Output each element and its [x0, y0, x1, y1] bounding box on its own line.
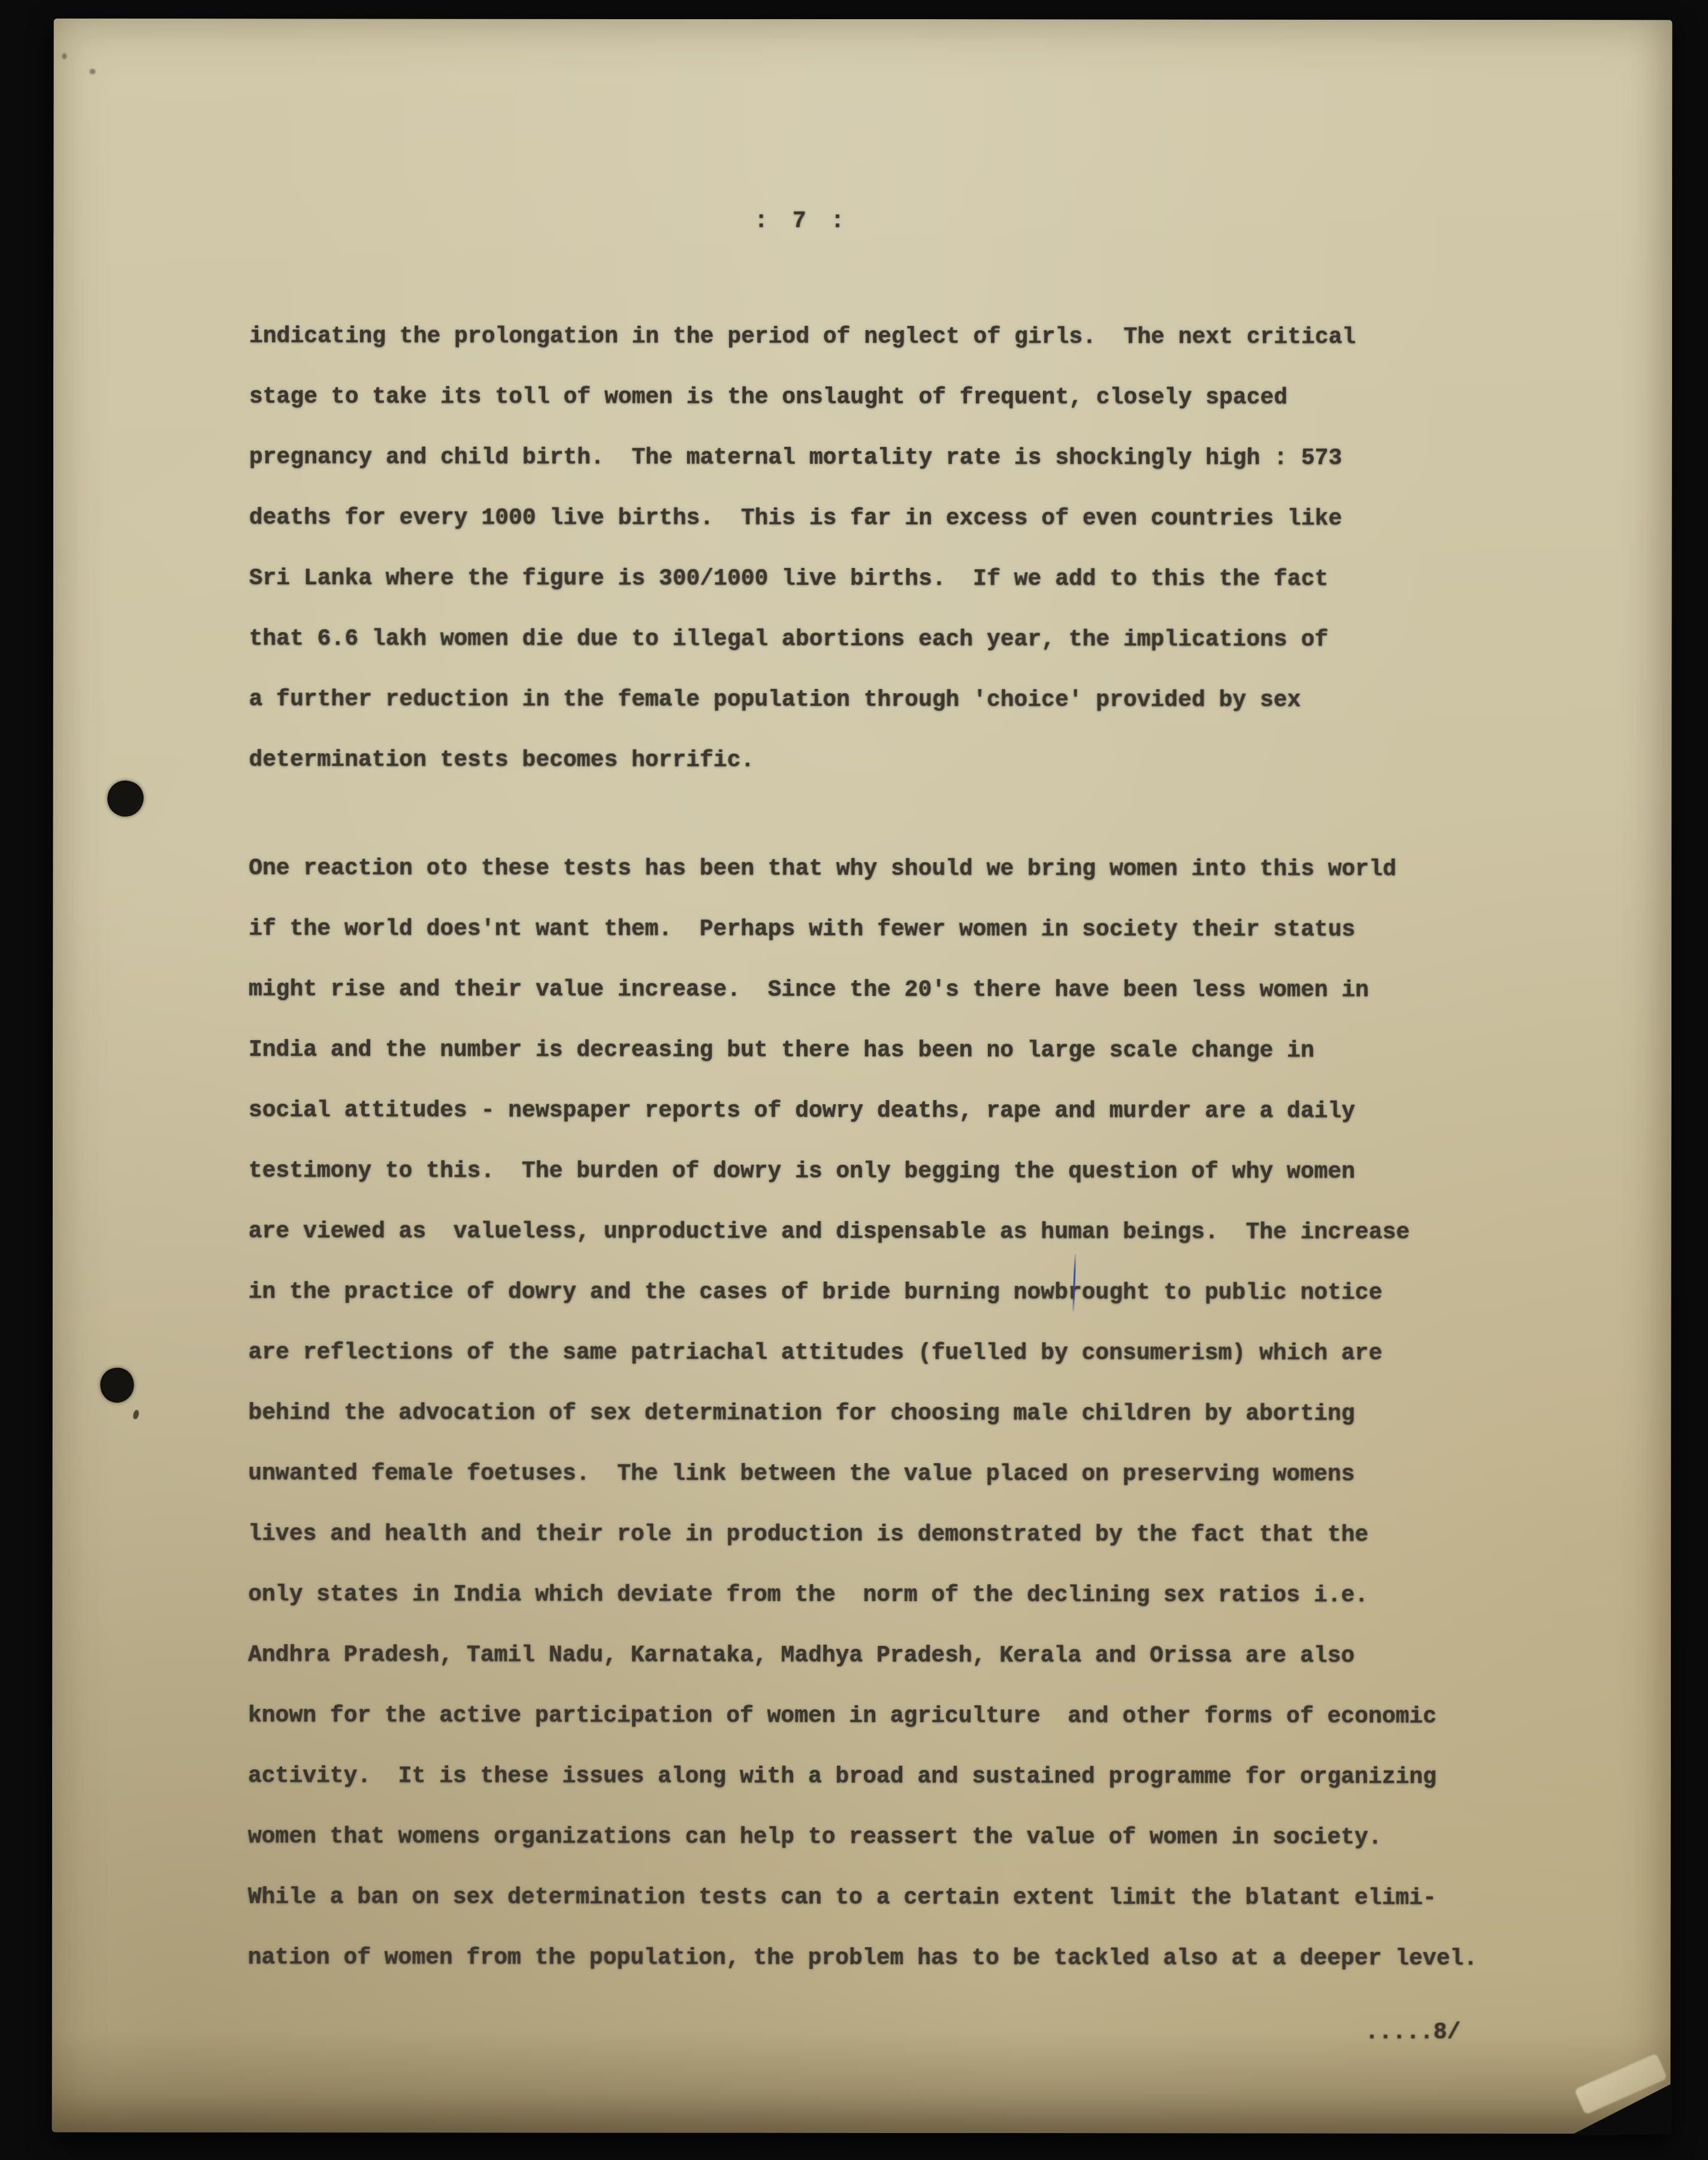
document-page: : 7 : indicating the prolongation in the… [52, 19, 1672, 2134]
page-number: : 7 : [754, 209, 850, 234]
ink-speck [132, 1409, 140, 1420]
paragraph-maternal-mortality: indicating the prolongation in the perio… [249, 306, 1356, 792]
paper-speck [89, 69, 95, 74]
punch-hole-bottom [98, 1366, 136, 1404]
paper-speck [62, 53, 66, 59]
paragraph-reaction-to-tests: One reaction oto these tests has been th… [248, 838, 1479, 1989]
page-bottom-shadow [52, 2031, 1670, 2134]
punch-hole-top [104, 777, 147, 820]
